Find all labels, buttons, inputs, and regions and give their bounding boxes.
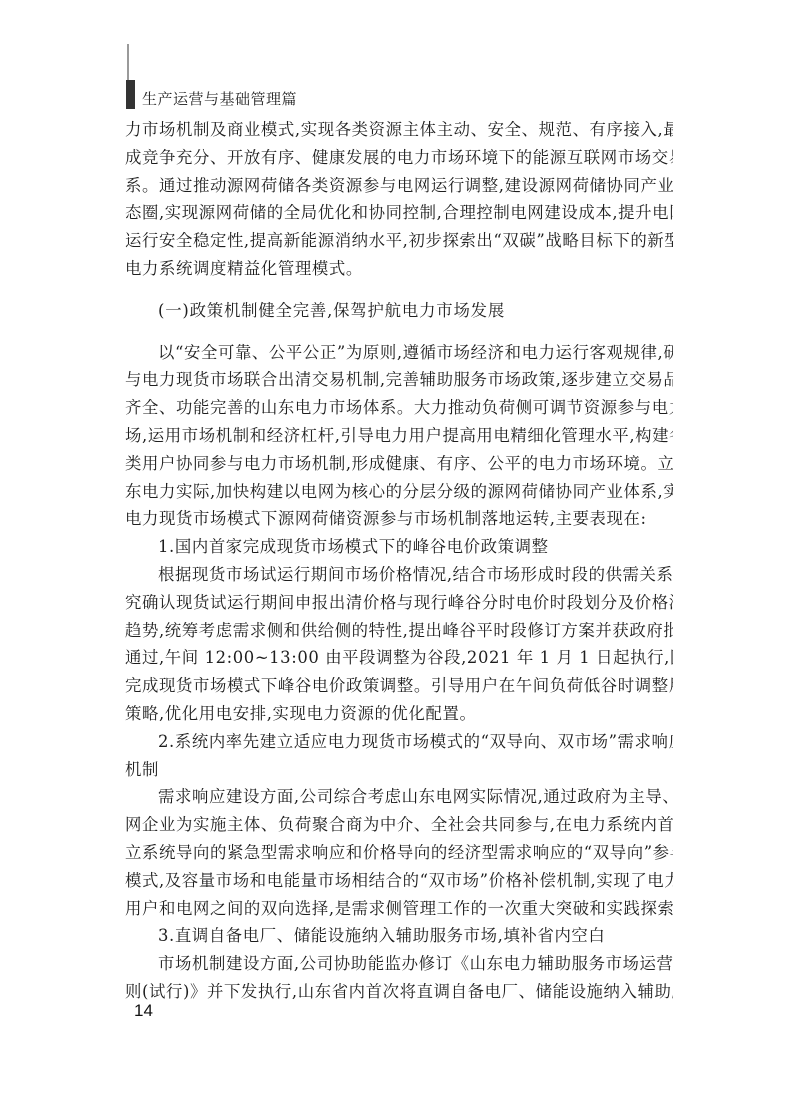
running-header-title: 生产运营与基础管理篇	[142, 90, 297, 108]
body-paragraph: 需求响应建设方面,公司综合考虑山东电网实际情况,通过政府为主导、电 网企业为实施…	[125, 783, 673, 922]
subheading-1: 1.国内首家完成现货市场模式下的峰谷电价政策调整	[125, 533, 673, 561]
text-line: 通过,午间 12:00~13:00 由平段调整为谷段,2021 年 1 月 1 …	[125, 644, 673, 672]
header-rule-line	[127, 44, 129, 80]
text-line: 电力系统调度精益化管理模式。	[125, 255, 673, 283]
text-line: 成竞争充分、开放有序、健康发展的电力市场环境下的能源互联网市场交易体	[125, 144, 673, 172]
text-line: 东电力实际,加快构建以电网为核心的分层分级的源网荷储协同产业体系,实现	[125, 478, 673, 506]
text-line: 网企业为实施主体、负荷聚合商为中介、全社会共同参与,在电力系统内首次建	[125, 811, 673, 839]
subheading-3: 3.直调自备电厂、储能设施纳入辅助服务市场,填补省内空白	[125, 922, 673, 950]
text-line: 电力现货市场模式下源网荷储资源参与市场机制落地运转,主要表现在:	[125, 505, 673, 533]
text-line: 运行安全稳定性,提高新能源消纳水平,初步探索出“双碳”战略目标下的新型	[125, 227, 673, 255]
header-marker-bar	[126, 80, 135, 109]
body-paragraph: 以“安全可靠、公平公正”为原则,遵循市场经济和电力运行客观规律,研究 与电力现货…	[125, 339, 673, 534]
text-line: 完成现货市场模式下峰谷电价政策调整。引导用户在午间负荷低谷时调整用电	[125, 672, 673, 700]
text-line: 1.国内首家完成现货市场模式下的峰谷电价政策调整	[125, 533, 673, 561]
text-line: 齐全、功能完善的山东电力市场体系。大力推动负荷侧可调节资源参与电力市	[125, 394, 673, 422]
text-line: 2.系统内率先建立适应电力现货市场模式的“双导向、双市场”需求响应	[125, 728, 673, 756]
body-paragraph: 市场机制建设方面,公司协助能监办修订《山东电力辅助服务市场运营规 则(试行)》并…	[125, 950, 673, 1006]
text-line: 趋势,统筹考虑需求侧和供给侧的特性,提出峰谷平时段修订方案并获政府批准	[125, 617, 673, 645]
text-line: 立系统导向的紧急型需求响应和价格导向的经济型需求响应的“双导向”参与	[125, 839, 673, 867]
text-line: 用户和电网之间的双向选择,是需求侧管理工作的一次重大突破和实践探索。	[125, 895, 673, 923]
text-line: 3.直调自备电厂、储能设施纳入辅助服务市场,填补省内空白	[125, 922, 673, 950]
text-line: 场,运用市场机制和经济杠杆,引导电力用户提高用电精细化管理水平,构建各	[125, 422, 673, 450]
text-line: 力市场机制及商业模式,实现各类资源主体主动、安全、规范、有序接入,最终形	[125, 116, 673, 144]
intro-paragraph: 力市场机制及商业模式,实现各类资源主体主动、安全、规范、有序接入,最终形 成竞争…	[125, 116, 673, 283]
text-line: 根据现货市场试运行期间市场价格情况,结合市场形成时段的供需关系,研	[125, 561, 673, 589]
section-heading: (一)政策机制健全完善,保驾护航电力市场发展	[125, 297, 673, 325]
text-line: 与电力现货市场联合出清交易机制,完善辅助服务市场政策,逐步建立交易品种	[125, 366, 673, 394]
text-line: 态圈,实现源网荷储的全局优化和协同控制,合理控制电网建设成本,提升电网	[125, 199, 673, 227]
text-line: 以“安全可靠、公平公正”为原则,遵循市场经济和电力运行客观规律,研究	[125, 339, 673, 367]
page-content: 力市场机制及商业模式,实现各类资源主体主动、安全、规范、有序接入,最终形 成竞争…	[125, 116, 673, 1006]
text-line: 系。通过推动源网荷储各类资源参与电网运行调整,建设源网荷储协同产业生	[125, 172, 673, 200]
text-line: 策略,优化用电安排,实现电力资源的优化配置。	[125, 700, 673, 728]
text-line: 究确认现货试运行期间申报出清价格与现行峰谷分时电价时段划分及价格浮动	[125, 589, 673, 617]
text-line: 机制	[125, 756, 673, 784]
text-line: 需求响应建设方面,公司综合考虑山东电网实际情况,通过政府为主导、电	[125, 783, 673, 811]
text-line: 则(试行)》并下发执行,山东省内首次将直调自备电厂、储能设施纳入辅助服务	[125, 978, 673, 1006]
body-paragraph: 根据现货市场试运行期间市场价格情况,结合市场形成时段的供需关系,研 究确认现货试…	[125, 561, 673, 728]
text-line: 类用户协同参与电力市场机制,形成健康、有序、公平的电力市场环境。立足山	[125, 450, 673, 478]
text-line: 市场机制建设方面,公司协助能监办修订《山东电力辅助服务市场运营规	[125, 950, 673, 978]
text-line: 模式,及容量市场和电能量市场相结合的“双市场”价格补偿机制,实现了电力	[125, 867, 673, 895]
page-number: 14	[134, 1001, 153, 1021]
subheading-2: 2.系统内率先建立适应电力现货市场模式的“双导向、双市场”需求响应 机制	[125, 728, 673, 784]
